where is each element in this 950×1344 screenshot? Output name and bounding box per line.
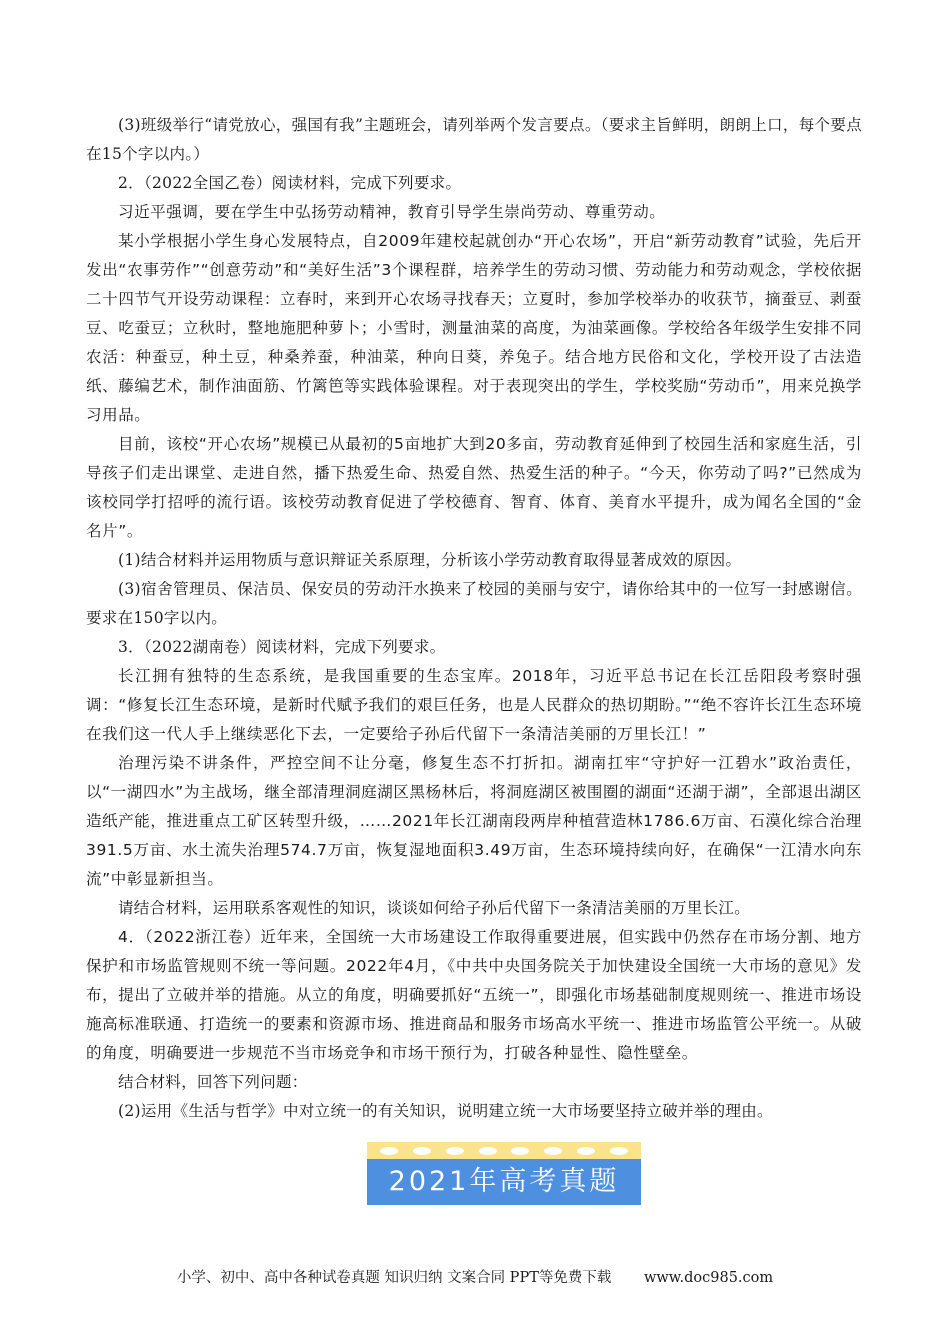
question-2-title: 2．（2022全国乙卷）阅读材料，完成下列要求。 (86, 169, 862, 198)
question-2-part-1: (1)结合材料并运用物质与意识辩证关系原理，分析该小学劳动教育取得显著成效的原因… (86, 546, 862, 575)
banner-dot-icon (511, 1147, 529, 1155)
banner-dot-strip (367, 1142, 641, 1159)
footer-url-link[interactable]: www.doc985.com (644, 1270, 773, 1286)
question-3-title: 3．（2022湖南卷）阅读材料，完成下列要求。 (86, 633, 862, 662)
banner-dot-icon (610, 1147, 628, 1155)
question-2-material-3: 目前，该校“开心农场”规模已从最初的5亩地扩大到20多亩，劳动教育延伸到了校园生… (86, 430, 862, 546)
question-4-material: 4．（2022浙江卷）近年来，全国统一大市场建设工作取得重要进展，但实践中仍然存… (86, 923, 862, 1068)
banner-dot-icon (577, 1147, 595, 1155)
question-1-part-3: (3)班级举行“请党放心，强国有我”主题班会，请列举两个发言要点。（要求主旨鲜明… (86, 111, 862, 169)
banner-title: 2021年高考真题 (367, 1159, 641, 1205)
footer-text: 小学、初中、高中各种试卷真题 知识归纳 文案合同 PPT等免费下载 (177, 1270, 612, 1286)
banner-dot-icon (413, 1147, 431, 1155)
document-body: (3)班级举行“请党放心，强国有我”主题班会，请列举两个发言要点。（要求主旨鲜明… (86, 111, 862, 1126)
banner-dot-icon (479, 1147, 497, 1155)
question-3-material-1: 长江拥有独特的生态系统，是我国重要的生态宝库。2018年，习近平总书记在长江岳阳… (86, 662, 862, 749)
question-4-part-2: (2)运用《生活与哲学》中对立统一的有关知识，说明建立统一大市场要坚持立破并举的… (86, 1097, 862, 1126)
banner-dot-icon (544, 1147, 562, 1155)
question-3-prompt: 请结合材料，运用联系客观性的知识，谈谈如何给子孙后代留下一条清洁美丽的万里长江。 (86, 894, 862, 923)
question-2-material-1: 习近平强调，要在学生中弘扬劳动精神，教育引导学生崇尚劳动、尊重劳动。 (86, 198, 862, 227)
banner-dot-icon (380, 1147, 398, 1155)
page-footer: 小学、初中、高中各种试卷真题 知识归纳 文案合同 PPT等免费下载 www.do… (0, 1266, 950, 1287)
question-3-material-2: 治理污染不讲条件，严控空间不让分毫，修复生态不打折扣。湖南扛牢“守护好一江碧水”… (86, 749, 862, 894)
question-2-part-3: (3)宿舍管理员、保洁员、保安员的劳动汗水换来了校园的美丽与安宁，请你给其中的一… (86, 575, 862, 633)
section-banner: 2021年高考真题 (367, 1142, 641, 1205)
question-4-lead: 结合材料，回答下列问题： (86, 1068, 862, 1097)
banner-dot-icon (446, 1147, 464, 1155)
question-2-material-2: 某小学根据小学生身心发展特点，自2009年建校起就创办“开心农场”，开启“新劳动… (86, 227, 862, 430)
